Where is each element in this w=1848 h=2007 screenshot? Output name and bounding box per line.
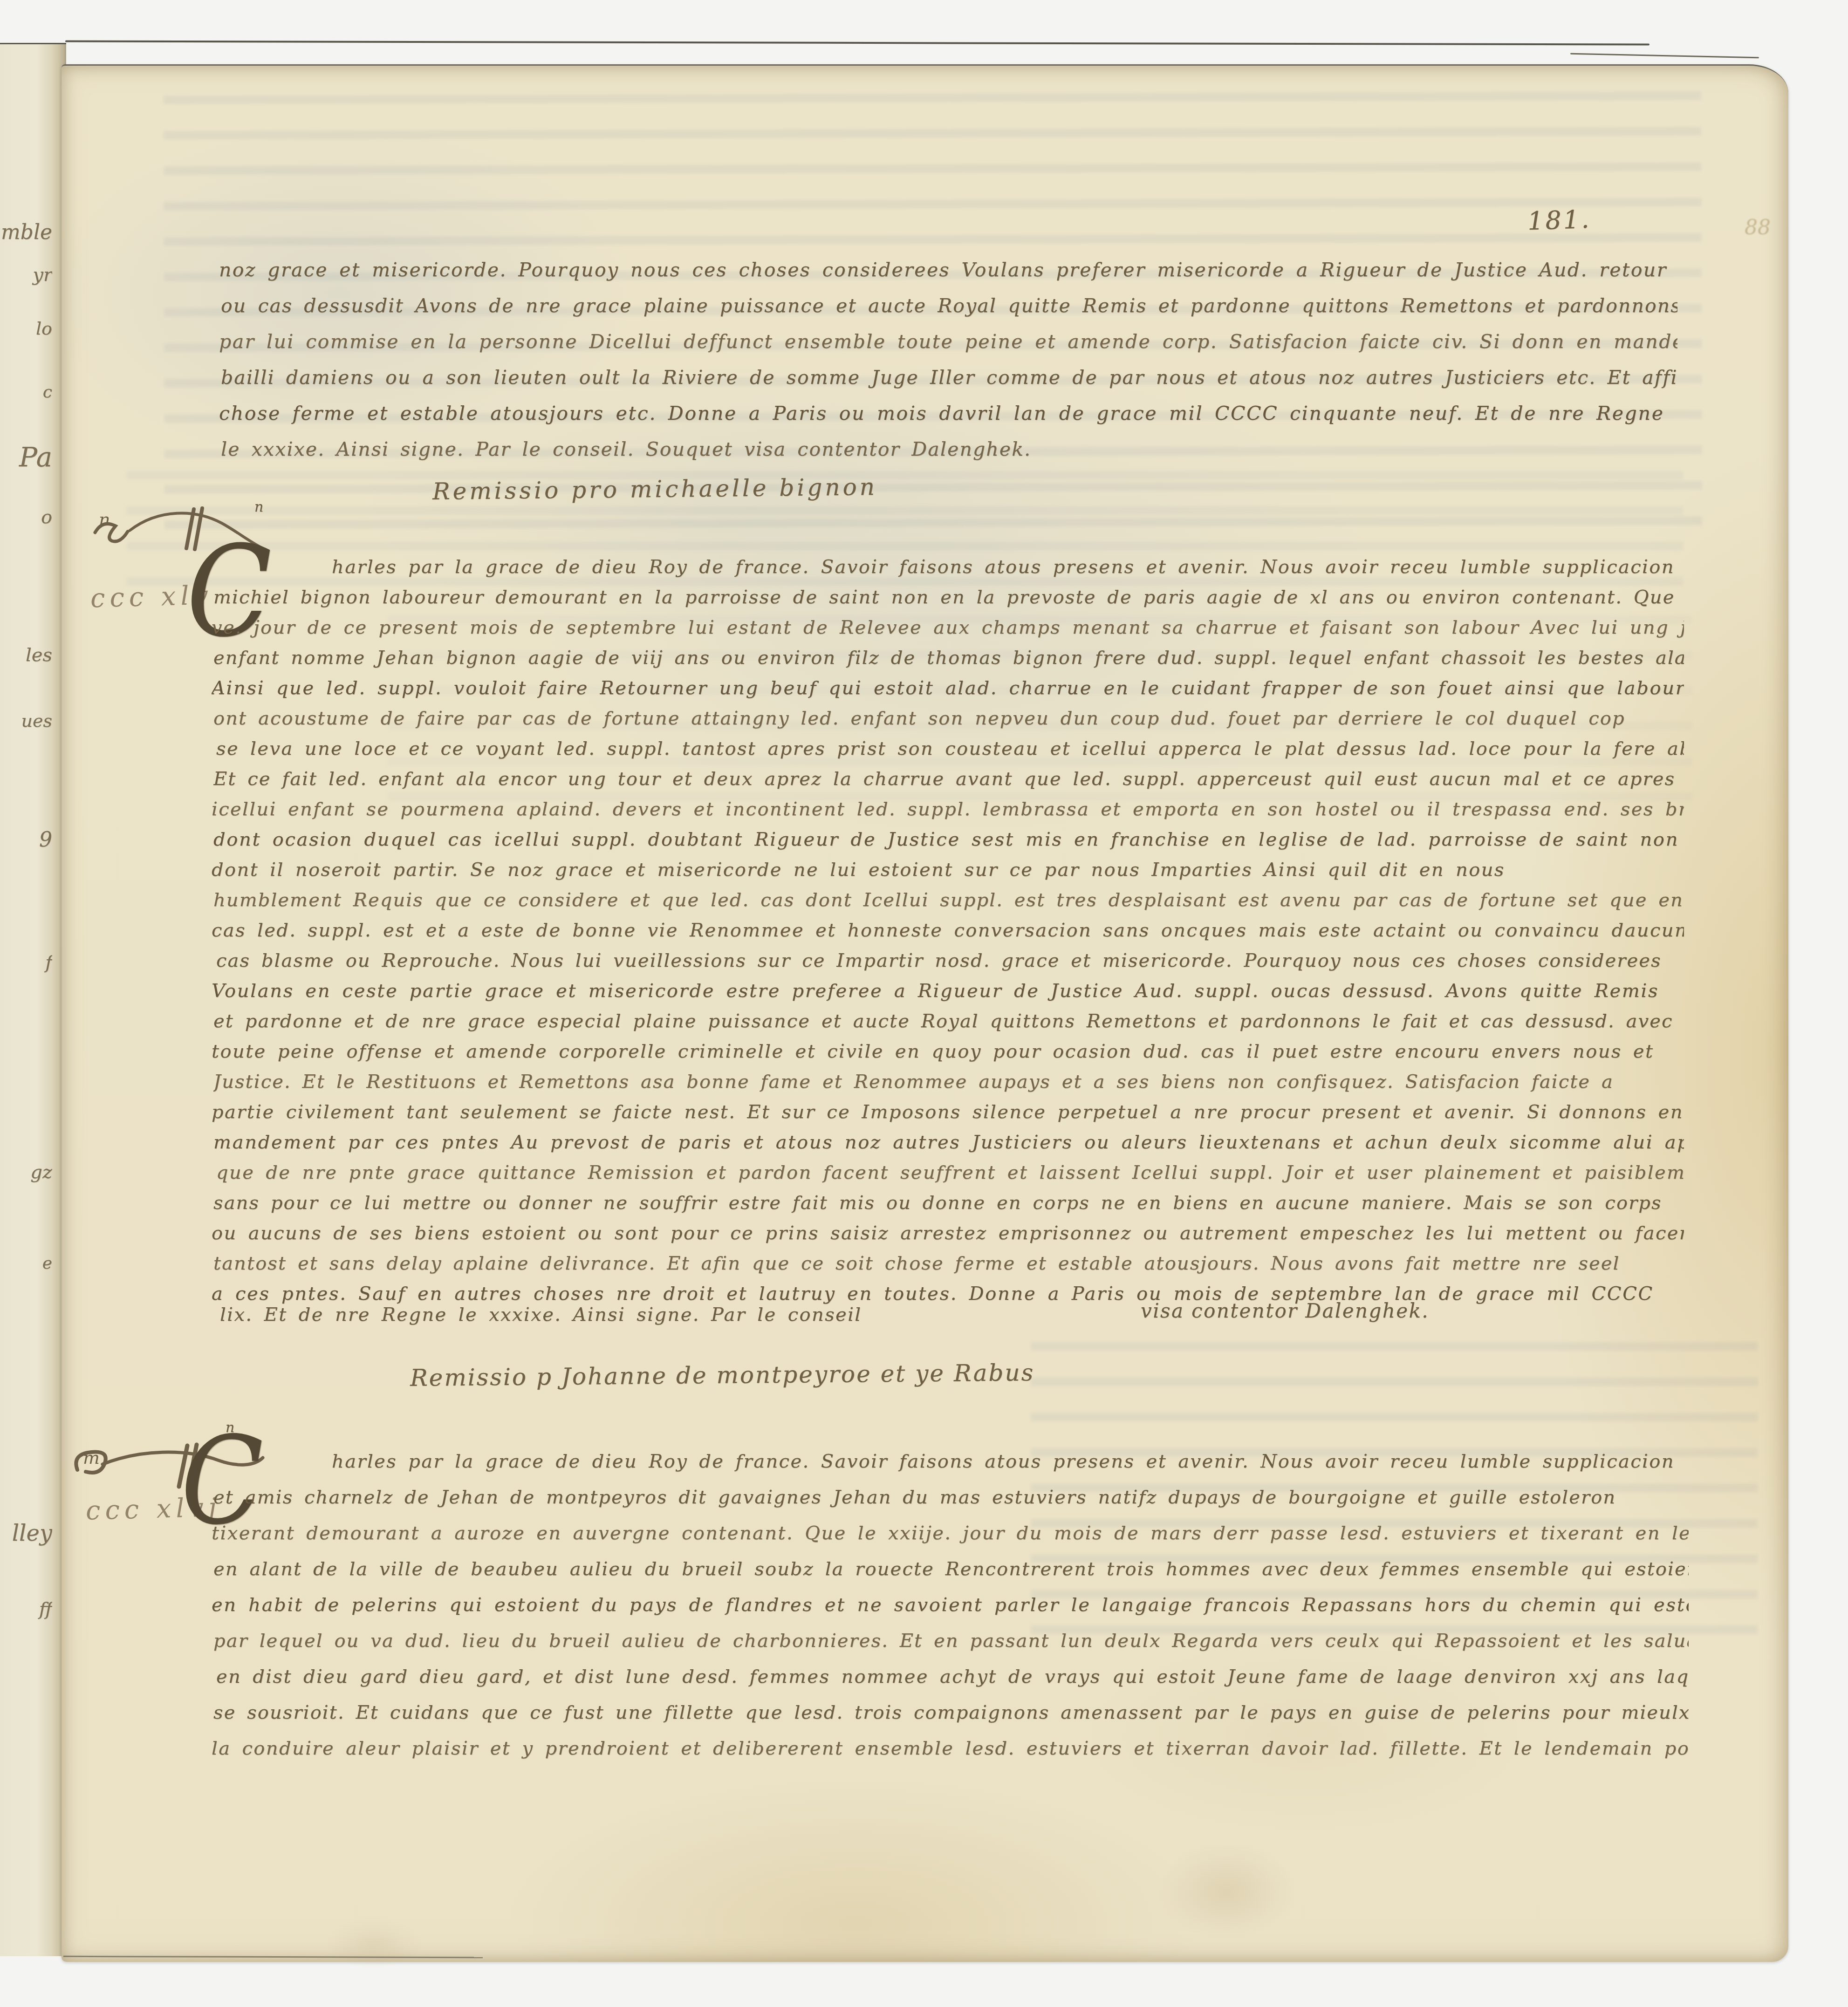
- manuscript-line: bailli damiens ou a son lieuten oult la …: [221, 360, 1677, 396]
- gutter-text-fragment: f: [0, 952, 52, 973]
- manuscript-line: noz grace et misericorde. Pourquoy nous …: [219, 252, 1677, 288]
- entry-345-dating-clause: lix. Et de nre Regne le xxxixe. Ainsi si…: [220, 1304, 862, 1325]
- manuscript-line: la conduire aleur plaisir et y prendroie…: [212, 1731, 1689, 1767]
- gutter-text-fragment: les: [0, 644, 52, 666]
- manuscript-line: harles par la grace de dieu Roy de franc…: [332, 1444, 1683, 1480]
- entry-top-fragment: noz grace et misericorde. Pourquoy nous …: [219, 252, 1677, 467]
- manuscript-line: toute peine offense et amende corporelle…: [212, 1037, 1684, 1067]
- manuscript-line: cas led. suppl. est et a este de bonne v…: [212, 915, 1684, 946]
- parchment-page: 181. 88 noz grace et misericorde. Pourqu…: [62, 64, 1788, 1962]
- manuscript-line: que de nre pnte grace quittance Remissio…: [216, 1158, 1684, 1188]
- entry-345-visa-signature: visa contentor Dalenghek.: [1141, 1299, 1429, 1322]
- gutter-text-fragment: ues: [0, 710, 52, 731]
- manuscript-line: se sousrioit. Et cuidans que ce fust une…: [213, 1695, 1689, 1731]
- manuscript-line: tixerant demourant a auroze en auvergne …: [212, 1515, 1689, 1551]
- manuscript-line: icellui enfant se pourmena aplaind. deve…: [212, 794, 1684, 825]
- manuscript-line: enfant nomme Jehan bignon aagie de viij …: [213, 643, 1684, 673]
- manuscript-line: harles par la grace de dieu Roy de franc…: [332, 552, 1683, 582]
- manuscript-line: ou cas dessusdit Avons de nre grace plai…: [221, 288, 1677, 324]
- manuscript-line: Et ce fait led. enfant ala encor ung tou…: [213, 764, 1684, 794]
- page-bottom-edge: [63, 1956, 483, 1958]
- gutter-text-fragment: 9: [0, 828, 52, 852]
- gutter-text-fragment: Pa: [0, 441, 52, 473]
- parchment-stain: [1129, 1822, 1324, 1962]
- manuscript-line: dont ocasion duquel cas icellui suppl. d…: [213, 825, 1684, 855]
- entry-345-body: harles par la grace de dieu Roy de franc…: [212, 552, 1684, 1309]
- gutter-text-fragment: yr: [0, 264, 52, 286]
- gutter-text-fragment: lo: [0, 318, 52, 339]
- manuscript-line: dont il noseroit partir. Se noz grace et…: [212, 855, 1684, 885]
- parchment-stain: [304, 1906, 444, 1980]
- previous-folio-edge: mbleyrlocPaolesues9fgzelleyff: [0, 43, 66, 1956]
- manuscript-line: par lui commise en la personne Dicellui …: [219, 324, 1677, 360]
- manuscript-line: Voulans en ceste partie grace et miseric…: [212, 976, 1684, 1006]
- manuscript-line: mandement par ces pntes Au prevost de pa…: [213, 1127, 1684, 1158]
- entry-346-body: harles par la grace de dieu Roy de franc…: [212, 1444, 1689, 1767]
- manuscript-line: michiel bignon laboureur demourant en la…: [213, 582, 1684, 613]
- gutter-text-fragment: c: [0, 382, 52, 402]
- margin-mark-letter: n: [99, 509, 110, 530]
- margin-mark-letter: m: [83, 1447, 100, 1468]
- gutter-text-fragment: lley: [0, 1520, 52, 1546]
- gutter-text-fragment: ff: [0, 1598, 52, 1620]
- manuscript-line: le xxxixe. Ainsi signe. Par le conseil. …: [221, 431, 1677, 467]
- manuscript-scan: mbleyrlocPaolesues9fgzelleyff 181. 88 no…: [0, 0, 1848, 2007]
- manuscript-line: ou aucuns de ses biens estoient ou sont …: [212, 1218, 1684, 1249]
- manuscript-line: ve. jour de ce present mois de septembre…: [212, 613, 1684, 643]
- manuscript-line: humblement Requis que ce considere et qu…: [213, 885, 1684, 915]
- manuscript-line: cas blasme ou Reprouche. Nous lui vueill…: [216, 946, 1684, 976]
- rubric-remissio-bignon: Remissio pro michaelle bignon: [432, 473, 877, 505]
- manuscript-line: par lequel ou va dud. lieu du brueil aul…: [213, 1623, 1689, 1659]
- manuscript-line: partie civilement tant seulement se faic…: [212, 1097, 1684, 1127]
- manuscript-line: en alant de la ville de beaubeu aulieu d…: [213, 1551, 1689, 1587]
- manuscript-line: et amis charnelz de Jehan de montpeyros …: [213, 1480, 1689, 1515]
- manuscript-line: et pardonne et de nre grace especial pla…: [213, 1006, 1684, 1037]
- initial-annotation: n: [254, 499, 263, 515]
- initial-annotation: n: [226, 1420, 234, 1436]
- manuscript-line: ont acoustume de faire par cas de fortun…: [213, 703, 1684, 734]
- manuscript-line: se leva une loce et ce voyant led. suppl…: [216, 734, 1684, 764]
- folio-number: 181.: [1527, 205, 1591, 236]
- top-leaf-edge-line-right: [1570, 53, 1759, 58]
- top-leaf-edge-line: [65, 40, 1650, 45]
- gutter-text-fragment: mble: [0, 220, 52, 244]
- gutter-text-fragment: o: [0, 506, 52, 528]
- ghost-folio-number: 88: [1745, 216, 1771, 239]
- manuscript-line: en dist dieu gard dieu gard, et dist lun…: [216, 1659, 1689, 1695]
- manuscript-line: chose ferme et estable atousjours etc. D…: [219, 396, 1677, 431]
- gutter-text-fragment: gz: [0, 1161, 52, 1183]
- manuscript-line: sans pour ce lui mettre ou donner ne sou…: [213, 1188, 1684, 1218]
- manuscript-line: tantost et sans delay aplaine delivrance…: [213, 1249, 1684, 1279]
- gutter-text-fragment: e: [0, 1254, 52, 1273]
- manuscript-line: Ainsi que led. suppl. vouloit faire Reto…: [212, 673, 1684, 703]
- manuscript-line: Justice. Et le Restituons et Remettons a…: [213, 1067, 1684, 1097]
- manuscript-line: en habit de pelerins qui estoient du pay…: [212, 1587, 1689, 1623]
- rubric-remissio-montpeyroe: Remissio p Johanne de montpeyroe et ye R…: [410, 1359, 1035, 1392]
